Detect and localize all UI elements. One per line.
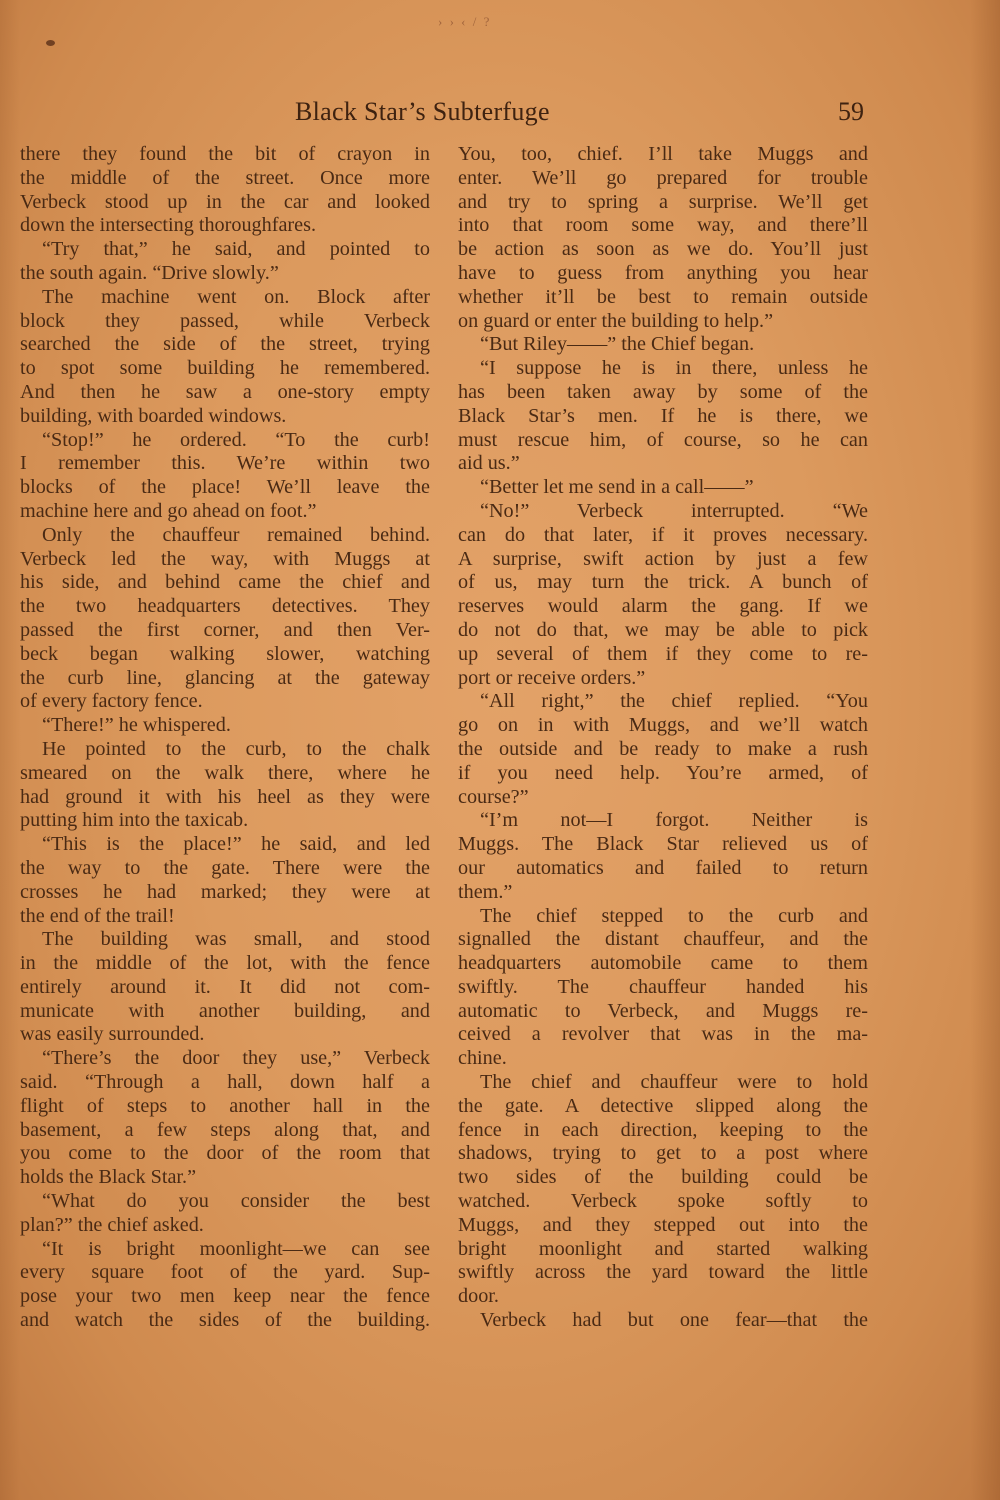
text-line: be action as soon as we do. You’ll just: [458, 238, 868, 262]
text-line: “Stop!” he ordered. “To the curb!: [20, 429, 430, 453]
text-line: the end of the trail!: [20, 905, 430, 929]
text-line: his side, and behind came the chief and: [20, 571, 430, 595]
text-line: I remember this. We’re within two: [20, 452, 430, 476]
text-line: the curb line, glancing at the gateway: [20, 667, 430, 691]
text-line: port or receive orders.”: [458, 667, 868, 691]
top-margin-scribble: › › ‹ / ?: [438, 14, 491, 30]
text-line: block they passed, while Verbeck: [20, 310, 430, 334]
text-line: machine here and go ahead on foot.”: [20, 500, 430, 524]
text-line: “Better let me send in a call——”: [458, 476, 868, 500]
text-line: the way to the gate. There were the: [20, 857, 430, 881]
text-line: The chief and chauffeur were to hold: [458, 1071, 868, 1095]
text-line: pose your two men keep near the fence: [20, 1285, 430, 1309]
text-line: A surprise, swift action by just a few: [458, 548, 868, 572]
text-line: has been taken away by some of the: [458, 381, 868, 405]
text-line: beck began walking slower, watching: [20, 643, 430, 667]
text-line: plan?” the chief asked.: [20, 1214, 430, 1238]
text-line: reserves would alarm the gang. If we: [458, 595, 868, 619]
text-line: on guard or enter the building to help.”: [458, 310, 868, 334]
text-line: aid us.”: [458, 452, 868, 476]
text-line: blocks of the place! We’ll leave the: [20, 476, 430, 500]
text-line: Only the chauffeur remained behind.: [20, 524, 430, 548]
text-column-left: there they found the bit of crayon inthe…: [20, 143, 430, 1333]
text-line: entirely around it. It did not com-: [20, 976, 430, 1000]
text-line: of every factory fence.: [20, 690, 430, 714]
text-line: putting him into the taxicab.: [20, 809, 430, 833]
page-edge-shadow-right: [970, 0, 1000, 1500]
text-line: if you need help. You’re armed, of: [458, 762, 868, 786]
text-line: swiftly across the yard toward the littl…: [458, 1261, 868, 1285]
text-line: Black Star’s men. If he is there, we: [458, 405, 868, 429]
text-line: said. “Through a hall, down half a: [20, 1071, 430, 1095]
text-line: The machine went on. Block after: [20, 286, 430, 310]
text-line: “All right,” the chief replied. “You: [458, 690, 868, 714]
text-line: them.”: [458, 881, 868, 905]
text-line: the gate. A detective slipped along the: [458, 1095, 868, 1119]
text-line: the south again. “Drive slowly.”: [20, 262, 430, 286]
text-line: And then he saw a one-story empty: [20, 381, 430, 405]
text-line: Verbeck stood up in the car and looked: [20, 191, 430, 215]
text-line: can do that later, if it proves necessar…: [458, 524, 868, 548]
text-line: there they found the bit of crayon in: [20, 143, 430, 167]
text-line: the outside and be ready to make a rush: [458, 738, 868, 762]
text-line: “This is the place!” he said, and led: [20, 833, 430, 857]
text-line: flight of steps to another hall in the: [20, 1095, 430, 1119]
text-line: smeared on the walk there, where he: [20, 762, 430, 786]
text-line: down the intersecting thoroughfares.: [20, 214, 430, 238]
running-title: Black Star’s Subterfuge: [295, 97, 550, 127]
text-line: enter. We’ll go prepared for trouble: [458, 167, 868, 191]
text-line: chine.: [458, 1047, 868, 1071]
text-line: searched the side of the street, trying: [20, 333, 430, 357]
text-line: “It is bright moonlight—we can see: [20, 1238, 430, 1262]
text-line: and try to spring a surprise. We’ll get: [458, 191, 868, 215]
text-line: passed the first corner, and then Ver-: [20, 619, 430, 643]
text-line: headquarters automobile came to them: [458, 952, 868, 976]
text-line: Muggs. The Black Star relieved us of: [458, 833, 868, 857]
page-edge-shadow-left: [0, 0, 20, 1500]
text-line: in the middle of the lot, with the fence: [20, 952, 430, 976]
text-line: holds the Black Star.”: [20, 1166, 430, 1190]
ink-blot: [46, 40, 55, 46]
text-line: You, too, chief. I’ll take Muggs and: [458, 143, 868, 167]
text-line: swiftly. The chauffeur handed his: [458, 976, 868, 1000]
text-line: “No!” Verbeck interrupted. “We: [458, 500, 868, 524]
text-line: and watch the sides of the building.: [20, 1309, 430, 1333]
text-line: the middle of the street. Once more: [20, 167, 430, 191]
text-line: had ground it with his heel as they were: [20, 786, 430, 810]
text-line: whether it’ll be best to remain outside: [458, 286, 868, 310]
text-line: municate with another building, and: [20, 1000, 430, 1024]
text-line: crosses he had marked; they were at: [20, 881, 430, 905]
running-head: Black Star’s Subterfuge 59: [0, 97, 1000, 133]
text-line: “But Riley——” the Chief began.: [458, 333, 868, 357]
text-line: ceived a revolver that was in the ma-: [458, 1023, 868, 1047]
text-line: door.: [458, 1285, 868, 1309]
text-line: The building was small, and stood: [20, 928, 430, 952]
text-line: into that room some way, and there’ll: [458, 214, 868, 238]
text-column-right: You, too, chief. I’ll take Muggs andente…: [458, 143, 868, 1333]
text-line: of us, may turn the trick. A bunch of: [458, 571, 868, 595]
text-line: signalled the distant chauffeur, and the: [458, 928, 868, 952]
text-line: “Try that,” he said, and pointed to: [20, 238, 430, 262]
text-line: you come to the door of the room that: [20, 1142, 430, 1166]
text-line: “I suppose he is in there, unless he: [458, 357, 868, 381]
text-line: must rescue him, of course, so he can: [458, 429, 868, 453]
text-line: was easily surrounded.: [20, 1023, 430, 1047]
text-line: two sides of the building could be: [458, 1166, 868, 1190]
text-line: go on in with Muggs, and we’ll watch: [458, 714, 868, 738]
text-line: Verbeck had but one fear—that the: [458, 1309, 868, 1333]
page-number: 59: [838, 97, 864, 127]
text-line: do not do that, we may be able to pick: [458, 619, 868, 643]
text-line: Muggs, and they stepped out into the: [458, 1214, 868, 1238]
text-line: every square foot of the yard. Sup-: [20, 1261, 430, 1285]
text-line: to spot some building he remembered.: [20, 357, 430, 381]
text-line: basement, a few steps along that, and: [20, 1119, 430, 1143]
text-line: have to guess from anything you hear: [458, 262, 868, 286]
text-line: bright moonlight and started walking: [458, 1238, 868, 1262]
text-line: He pointed to the curb, to the chalk: [20, 738, 430, 762]
text-line: “There!” he whispered.: [20, 714, 430, 738]
text-line: “What do you consider the best: [20, 1190, 430, 1214]
text-line: the two headquarters detectives. They: [20, 595, 430, 619]
text-line: “I’m not—I forgot. Neither is: [458, 809, 868, 833]
text-line: “There’s the door they use,” Verbeck: [20, 1047, 430, 1071]
text-line: shadows, trying to get to a post where: [458, 1142, 868, 1166]
text-line: watched. Verbeck spoke softly to: [458, 1190, 868, 1214]
text-line: Verbeck led the way, with Muggs at: [20, 548, 430, 572]
text-line: our automatics and failed to return: [458, 857, 868, 881]
text-line: up several of them if they come to re-: [458, 643, 868, 667]
text-line: automatic to Verbeck, and Muggs re-: [458, 1000, 868, 1024]
text-line: fence in each direction, keeping to the: [458, 1119, 868, 1143]
text-line: building, with boarded windows.: [20, 405, 430, 429]
book-page: › › ‹ / ? Black Star’s Subterfuge 59 the…: [0, 0, 1000, 1500]
text-line: course?”: [458, 786, 868, 810]
text-line: The chief stepped to the curb and: [458, 905, 868, 929]
